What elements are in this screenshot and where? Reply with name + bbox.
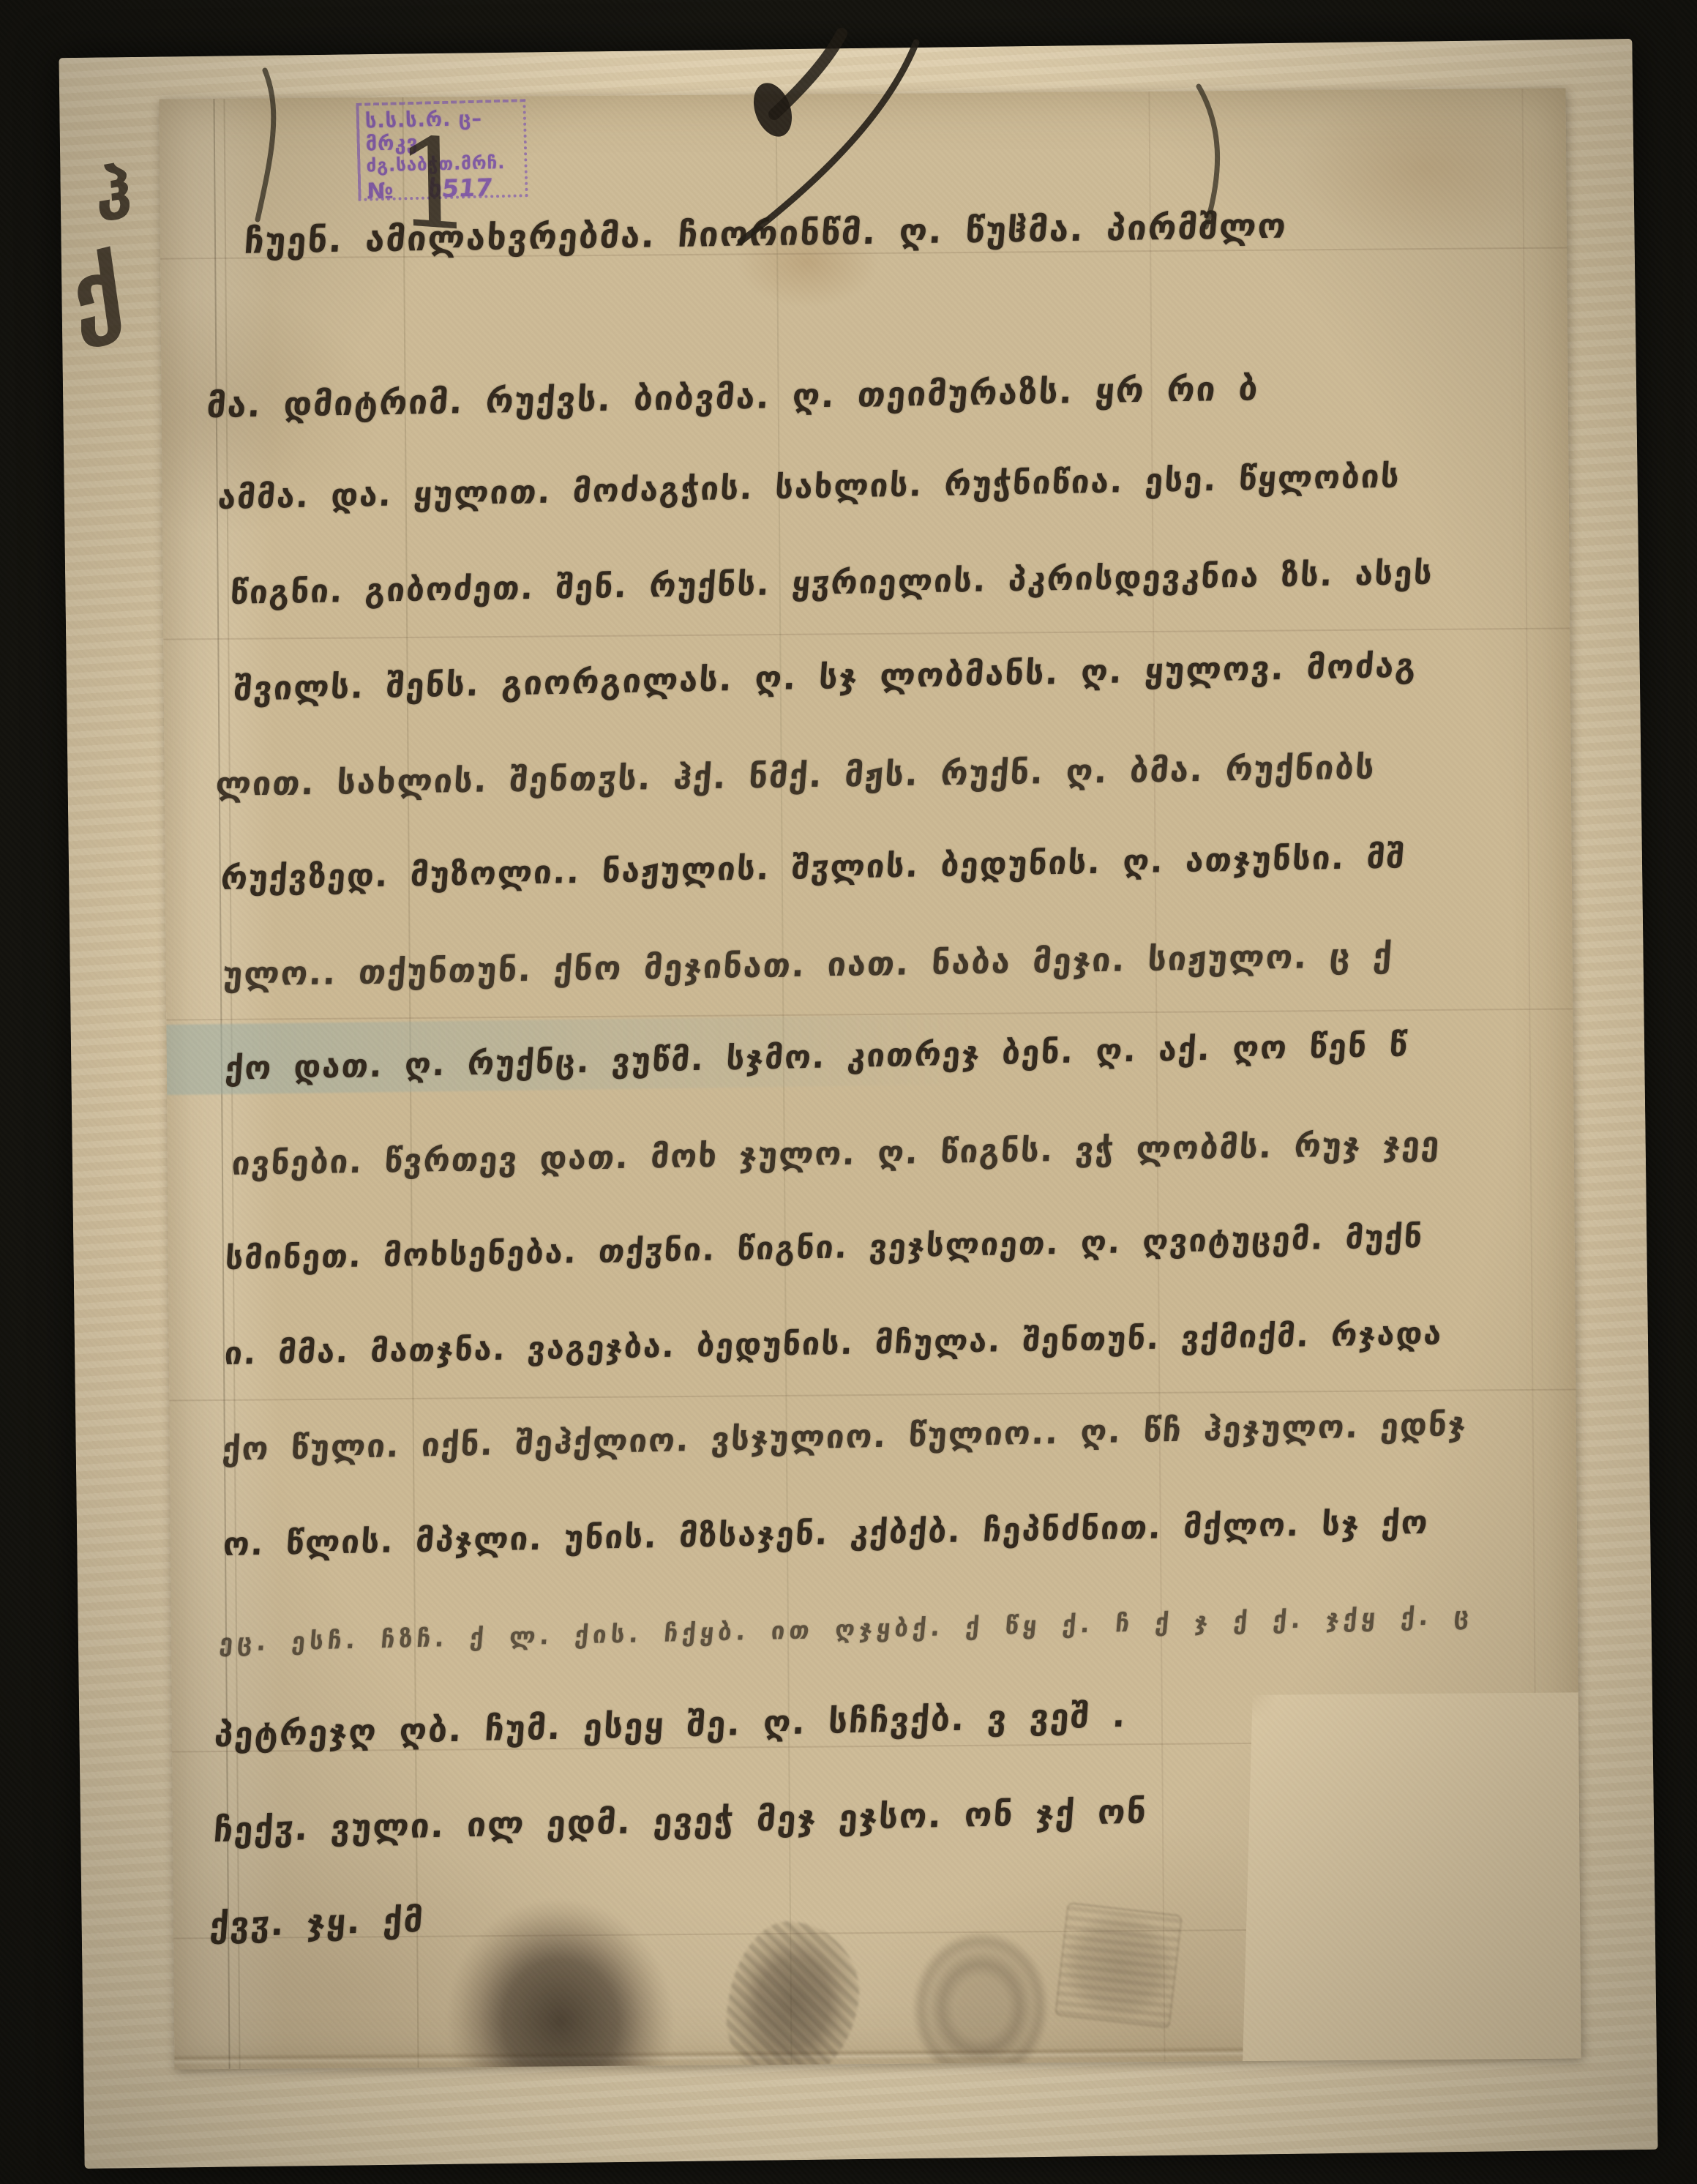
manuscript-line: ულო.. თქუნთუნ. ქნო მეჯინათ. იათ. ნაბა მე…: [222, 935, 1395, 994]
folio-number-mark: 1: [394, 120, 475, 249]
fold-crease-horizontal: [169, 1388, 1576, 1401]
manuscript-line: ო. წლის. მპჯლი. უნის. მზსაჯენ. კქბქბ. ჩე…: [222, 1504, 1430, 1563]
stamp-number-sign: №: [367, 179, 394, 205]
manuscript-line: მა. დმიტრიმ. რუქვს. ბიბვმა. ღ. თეიმურაზს…: [206, 368, 1261, 425]
manuscript-line: ი. მმა. მათჯნა. ვაგეჯბა. ბედუნის. მჩულა.…: [223, 1315, 1444, 1372]
manuscript-line: ქვჳ. ჯყ. ქმ: [209, 1900, 425, 1945]
manuscript-line: ეც. ესჩ. ჩზჩ. ქ ლ. ქის. ჩქყბ. ით ღჯყბქ. …: [218, 1601, 1475, 1657]
scan-background: { "colors": { "background": "#15140f", "…: [0, 0, 1697, 2184]
ink-seal-small: [718, 1914, 869, 2070]
manuscript-line: ლით. სახლის. შენთჳს. ჰქ. ნმქ. მჟს. რუქნ.…: [214, 747, 1377, 804]
torn-corner-patch: [1243, 1692, 1581, 2069]
manuscript-line: წიგნი. გიბოძეთ. შენ. რუქნს. ყჳრიელის. პკ…: [229, 555, 1435, 612]
ink-seal-large: [432, 1885, 690, 2070]
manuscript-line: შვილს. შენს. გიორგილას. ღ. სჯ ლობმანს. ღ…: [233, 646, 1418, 708]
ink-stamp-faint-square: [1054, 1902, 1183, 2029]
manuscript-line: ივნები. წვრთევ დათ. მოხ ჯულო. ღ. წიგნს. …: [231, 1125, 1442, 1182]
manuscript-sheet: ჩუენ. ამილახვრებმა. ჩიორინწმ. ღ. წუჱმა. …: [159, 88, 1581, 2069]
ink-seal-faint-round: [901, 1920, 1060, 2070]
manuscript-line: რუქვზედ. მუზოლი.. ნაჟულის. შჳლის. ბედუნი…: [220, 838, 1407, 897]
fold-crease-horizontal: [163, 627, 1570, 640]
manuscript-line: ჩექჳ. ვული. ილ ედმ. ევეჭ მეჯ ეჯსო. ონ ჯქ…: [212, 1791, 1148, 1850]
manuscript-line: სმინეთ. მოხსენება. თქჳნი. წიგნი. ვეჯსლიე…: [224, 1219, 1425, 1277]
manuscript-line: ამმა. და. ყულით. მოძაგჭის. სახლის. რუჭნი…: [217, 457, 1401, 517]
invocation-mark: ჰ: [93, 159, 135, 233]
manuscript-line: ქო წული. იქნ. შეჰქლიო. ვსჯულიო. წულიო.. …: [221, 1406, 1468, 1468]
